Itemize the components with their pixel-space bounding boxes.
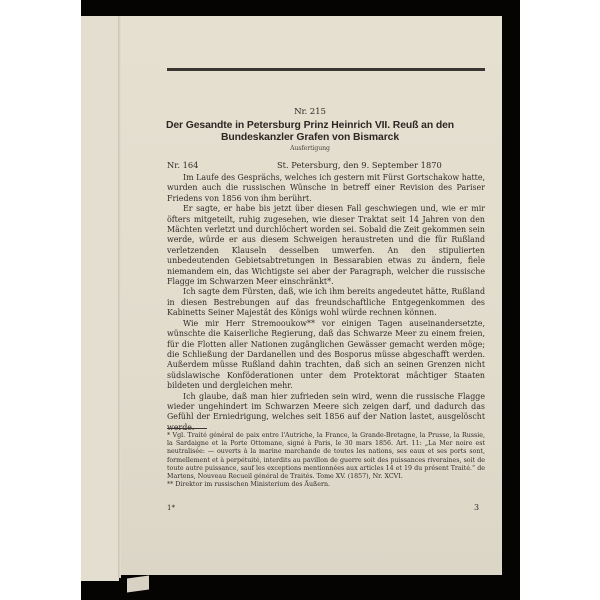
signature-mark: 1* bbox=[167, 504, 175, 512]
document-subtitle: Ausfertigung bbox=[140, 145, 480, 152]
paragraph: Er sagte, er habe bis jetzt über diesen … bbox=[167, 204, 485, 287]
footnote: ** Direktor im russischen Ministerium de… bbox=[167, 481, 485, 489]
reference-number: Nr. 164 bbox=[167, 160, 198, 170]
footnotes: * Vgl. Traité général de paix entre l'Au… bbox=[167, 432, 485, 489]
document-number: Nr. 215 bbox=[140, 107, 480, 117]
left-page-edge bbox=[81, 16, 119, 581]
paragraph: Ich glaube, daß man hier zufrieden sein … bbox=[167, 392, 485, 434]
document-title-line-2: Bundeskanzler Grafen von Bismarck bbox=[140, 132, 480, 143]
footnote: * Vgl. Traité général de paix entre l'Au… bbox=[167, 432, 485, 481]
header-rule bbox=[167, 68, 485, 71]
paragraph: Ich sagte dem Fürsten, daß, wie ich ihm … bbox=[167, 287, 485, 318]
document-title-line-1: Der Gesandte in Petersburg Prinz Heinric… bbox=[140, 120, 480, 131]
paragraph: Im Laufe des Gesprächs, welches ich gest… bbox=[167, 173, 485, 204]
page-number: 3 bbox=[474, 503, 479, 512]
footnote-rule bbox=[167, 428, 207, 429]
body-text: Im Laufe des Gesprächs, welches ich gest… bbox=[167, 173, 485, 433]
document-meta: Nr. 164 St. Petersburg, den 9. September… bbox=[167, 160, 485, 170]
place-date: St. Petersburg, den 9. September 1870 bbox=[277, 160, 442, 170]
paragraph: Wie mir Herr Stremooukow** vor einigen T… bbox=[167, 319, 485, 392]
